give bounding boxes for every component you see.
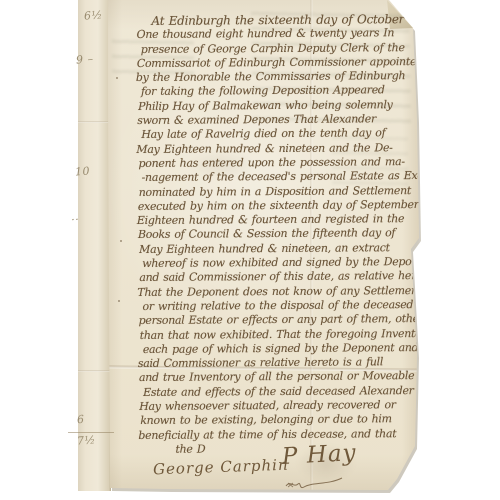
paper-speck	[120, 240, 122, 242]
paper-speck	[116, 77, 118, 79]
manuscript-line: and said Commissioner of this date, as r…	[139, 269, 416, 285]
manuscript-line: and true Inventory of all the personal o…	[139, 369, 417, 385]
pencil-mark: 9 –	[76, 52, 94, 66]
manuscript-line: Hay late of Ravelrig died on the tenth d…	[141, 126, 415, 142]
pencil-sum-total: 7½	[77, 433, 97, 447]
fold-crease	[78, 370, 111, 372]
manuscript-line: beneficially at the time of his decease,…	[138, 427, 417, 443]
paper-speck	[118, 300, 120, 302]
manuscript-line: Books of Council & Session the fifteenth…	[138, 226, 416, 242]
manuscript-line: for taking the following Deposition Appe…	[141, 84, 415, 100]
manuscript-line: known to be existing, belonging or due t…	[140, 412, 417, 428]
manuscript-page: At Edinburgh the sixteenth day of Octobe…	[96, 0, 422, 494]
pencil-mark: ..	[71, 210, 80, 224]
manuscript-line: One thousand eight hundred & twenty year…	[137, 26, 415, 42]
manuscript-line: personal Estate or effects or any part o…	[139, 312, 417, 328]
signature-flourish	[284, 474, 344, 490]
signature-deponent: P Hay	[281, 440, 357, 470]
manuscript-line: -nagement of the deceased's personal Est…	[142, 169, 416, 185]
signature-clerk: George Carphin	[153, 456, 289, 479]
pencil-mark: 6½	[84, 8, 104, 22]
pencil-sum-top: 6	[77, 413, 85, 426]
photo-background: 6½ 9 – 10 .. 6 7½ At Edinburgh the sixte…	[0, 0, 500, 500]
manuscript-text: At Edinburgh the sixteenth day of Octobe…	[136, 12, 417, 457]
fold-crease	[78, 121, 111, 123]
pencil-mark: 10	[75, 164, 91, 178]
